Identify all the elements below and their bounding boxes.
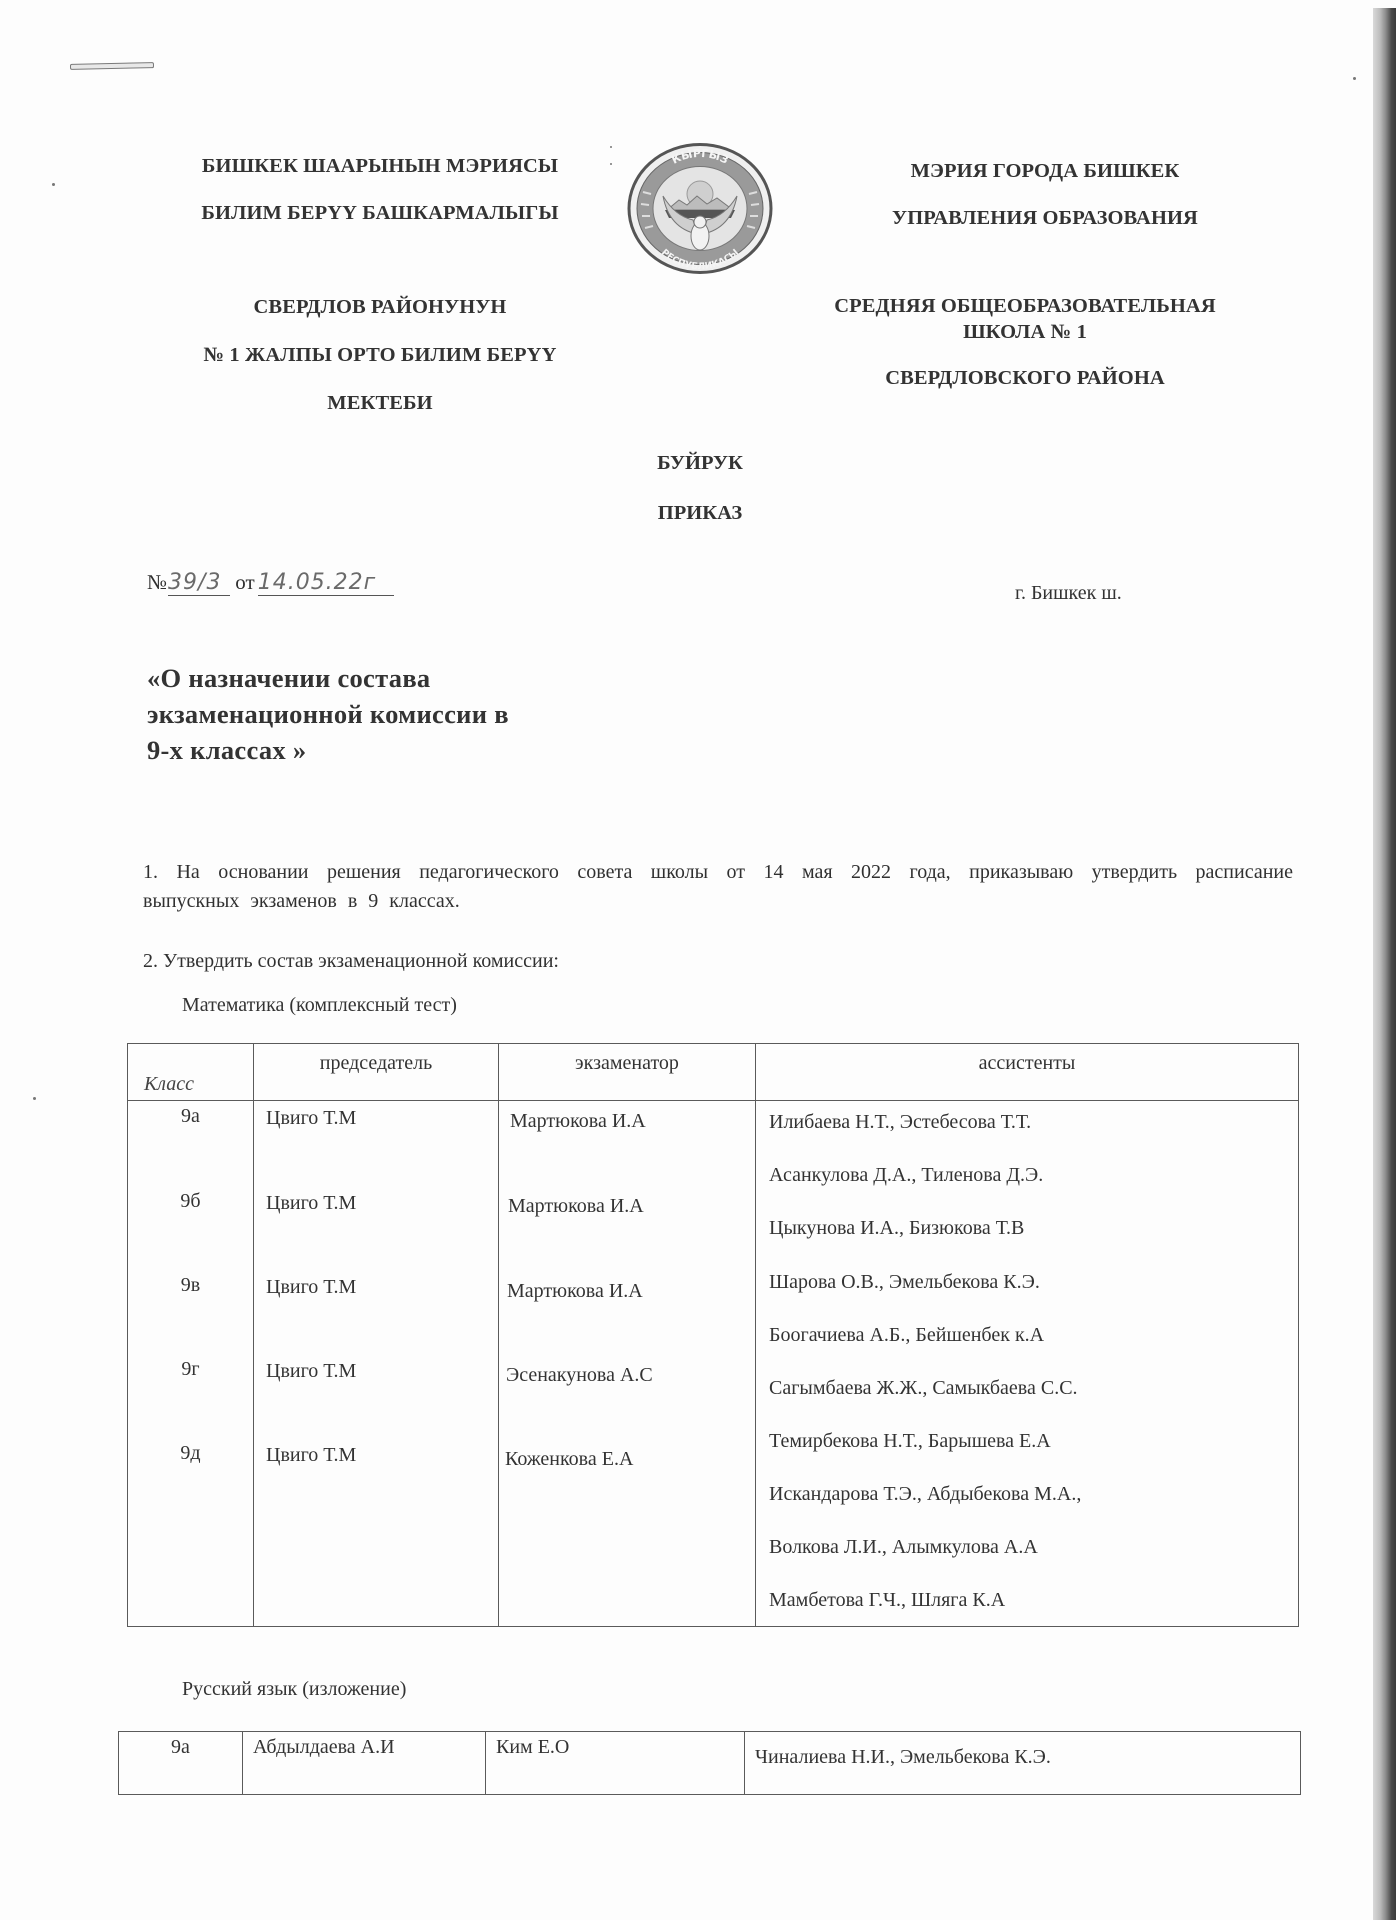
table-header-row: Класс председатель экзаменатор ассистент… xyxy=(128,1044,1299,1101)
assistants-line: Асанкулова Д.А., Тиленова Д.Э. xyxy=(769,1164,1043,1187)
russian-commission-table: 9а Абдылдаева А.И Ким Е.О Чиналиева Н.И.… xyxy=(118,1731,1301,1795)
header-right-line-2: УПРАВЛЕНИЯ ОБРАЗОВАНИЯ xyxy=(835,195,1255,242)
examiner-column: Мартюкова И.А Мартюкова И.А Мартюкова И.… xyxy=(499,1101,756,1627)
chair-cell: Цвиго Т.М xyxy=(266,1107,356,1130)
examiner-cell: Ким Е.О xyxy=(486,1732,745,1795)
header-right-top: МЭРИЯ ГОРОДА БИШКЕК УПРАВЛЕНИЯ ОБРАЗОВАН… xyxy=(835,148,1255,242)
header-right-line-1: МЭРИЯ ГОРОДА БИШКЕК xyxy=(835,148,1255,195)
chair-cell: Цвиго Т.М xyxy=(266,1276,356,1299)
header-class: Класс xyxy=(144,1073,194,1096)
assistants-line: Боогачиева А.Б., Бейшенбек к.А xyxy=(769,1324,1044,1347)
assistants-line: Сагымбаева Ж.Ж., Самыкбаева С.С. xyxy=(769,1377,1078,1400)
examiner-cell: Коженкова Е.А xyxy=(505,1448,633,1471)
staple-mark xyxy=(70,62,154,70)
header-left-bottom: СВЕРДЛОВ РАЙОНУНУН № 1 ЖАЛПЫ ОРТО БИЛИМ … xyxy=(160,283,600,427)
class-cell: 9а xyxy=(128,1105,253,1128)
section-label-math: Математика (комплексный тест) xyxy=(182,994,457,1017)
header-left-line-1: БИШКЕК ШААРЫНЫН МЭРИЯСЫ xyxy=(170,143,590,190)
class-cell: 9а xyxy=(119,1732,243,1795)
examiner-cell: Мартюкова И.А xyxy=(507,1280,643,1303)
assistants-column: Илибаева Н.Т., Эстебесова Т.Т. Асанкулов… xyxy=(756,1101,1299,1627)
scan-speck xyxy=(33,1097,36,1100)
class-cell: 9б xyxy=(128,1190,253,1213)
order-number-line: №39/3 от14.05.22г xyxy=(147,570,394,596)
table-row: 9а Абдылдаева А.И Ким Е.О Чиналиева Н.И.… xyxy=(119,1732,1301,1795)
scan-speck xyxy=(52,183,55,186)
header-left-line-2: БИЛИМ БЕРҮҮ БАШКАРМАЛЫГЫ xyxy=(170,190,590,237)
class-cell: 9д xyxy=(128,1442,253,1465)
header-assistants-cell: ассистенты xyxy=(756,1044,1299,1101)
assistants-cell: Чиналиева Н.И., Эмельбекова К.Э. xyxy=(745,1732,1301,1795)
assistants-line: Темирбекова Н.Т., Барышева Е.А xyxy=(769,1430,1051,1453)
paragraph-1: 1. На основании решения педагогического … xyxy=(143,858,1293,916)
math-commission-table: Класс председатель экзаменатор ассистент… xyxy=(127,1043,1299,1627)
examiner-cell: Мартюкова И.А xyxy=(508,1195,644,1218)
header-assistants: ассистенты xyxy=(756,1044,1298,1075)
scan-speck xyxy=(1353,77,1356,80)
header-left-line-3: СВЕРДЛОВ РАЙОНУНУН xyxy=(160,283,600,331)
order-city: г. Бишкек ш. xyxy=(1015,582,1122,605)
header-left-line-4: № 1 ЖАЛПЫ ОРТО БИЛИМ БЕРҮҮ xyxy=(160,331,600,379)
header-examiner: экзаменатор xyxy=(499,1044,755,1075)
number-sign: № xyxy=(147,570,167,594)
chair-cell: Цвиго Т.М xyxy=(266,1444,356,1467)
assistants-line: Цыкунова И.А., Бизюкова Т.В xyxy=(769,1217,1024,1240)
subject-line-1: «О назначении состава xyxy=(147,660,627,696)
scan-edge xyxy=(1373,8,1396,1920)
header-examiner-cell: экзаменатор xyxy=(499,1044,756,1101)
assistants-line: Шарова О.В., Эмельбекова К.Э. xyxy=(769,1271,1040,1294)
order-subject: «О назначении состава экзаменационной ко… xyxy=(147,660,627,768)
chair-cell: Цвиго Т.М xyxy=(266,1360,356,1383)
order-number: 39/3 xyxy=(168,571,230,596)
assistants-line: Искандарова Т.Э., Абдыбекова М.А., xyxy=(769,1483,1081,1506)
table-row: 9а 9б 9в 9г 9д Цвиго Т.М Цвиго Т.М Цвиго… xyxy=(128,1101,1299,1627)
header-right-line-5: СВЕРДЛОВСКОГО РАЙОНА xyxy=(785,365,1265,391)
class-cell: 9в xyxy=(128,1274,253,1297)
examiner-cell: Эсенакунова А.С xyxy=(506,1364,653,1387)
scan-speck xyxy=(610,163,612,165)
header-chair: председатель xyxy=(254,1044,498,1075)
assistants-line: Илибаева Н.Т., Эстебесова Т.Т. xyxy=(769,1111,1031,1134)
paragraph-2: 2. Утвердить состав экзаменационной коми… xyxy=(143,947,1293,976)
assistants-line: Волкова Л.И., Алымкулова А.А xyxy=(769,1536,1038,1559)
header-left-top: БИШКЕК ШААРЫНЫН МЭРИЯСЫ БИЛИМ БЕРҮҮ БАШК… xyxy=(170,143,590,237)
class-column: 9а 9б 9в 9г 9д xyxy=(128,1101,254,1627)
header-chair-cell: председатель xyxy=(254,1044,499,1101)
chair-column: Цвиго Т.М Цвиго Т.М Цвиго Т.М Цвиго Т.М … xyxy=(254,1101,499,1627)
section-label-russian: Русский язык (изложение) xyxy=(182,1678,406,1701)
header-right-line-3: СРЕДНЯЯ ОБЩЕОБРАЗОВАТЕЛЬНАЯ xyxy=(785,293,1265,319)
subject-line-2: экзаменационной комиссии в xyxy=(147,696,627,732)
kyrgyz-emblem-icon: КЫРГЫЗ РЕСПУБЛИКАСЫ xyxy=(627,142,773,275)
chair-cell: Цвиго Т.М xyxy=(266,1192,356,1215)
header-class-cell: Класс xyxy=(128,1044,254,1101)
chair-cell: Абдылдаева А.И xyxy=(243,1732,486,1795)
assistants-line: Мамбетова Г.Ч., Шляга К.А xyxy=(769,1589,1005,1612)
scan-speck xyxy=(610,146,612,148)
order-title-ru: ПРИКАЗ xyxy=(600,502,800,525)
class-cell: 9г xyxy=(128,1358,253,1381)
date-prefix: от xyxy=(235,570,254,594)
order-title-ky: БУЙРУК xyxy=(600,452,800,475)
examiner-cell: Мартюкова И.А xyxy=(510,1110,646,1133)
header-right-bottom: СРЕДНЯЯ ОБЩЕОБРАЗОВАТЕЛЬНАЯ ШКОЛА № 1 СВ… xyxy=(785,293,1265,391)
order-date: 14.05.22г xyxy=(258,571,394,596)
subject-line-3: 9-х классах » xyxy=(147,732,627,768)
header-right-line-4: ШКОЛА № 1 xyxy=(785,319,1265,345)
header-left-line-5: МЕКТЕБИ xyxy=(160,379,600,427)
